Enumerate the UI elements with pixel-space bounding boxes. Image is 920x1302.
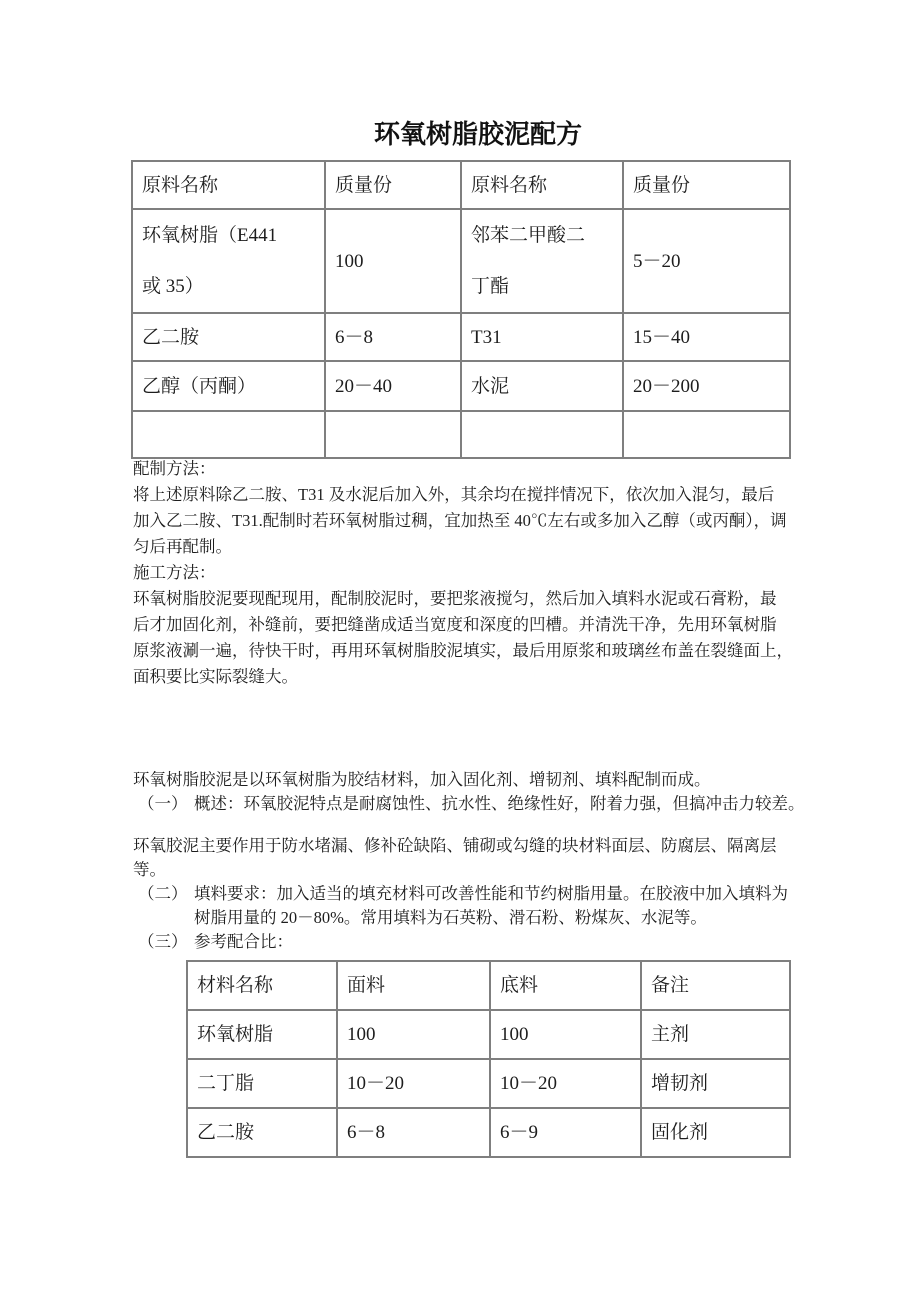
table-cell: 水泥 bbox=[461, 361, 623, 411]
table-cell bbox=[132, 411, 325, 458]
table-row: 二丁脂 10－20 10－20 增韧剂 bbox=[187, 1059, 790, 1108]
page-title: 环氧树脂胶泥配方 bbox=[0, 114, 920, 151]
table-cell: 100 bbox=[337, 1010, 490, 1059]
table-cell: 邻苯二甲酸二 丁酯 bbox=[461, 209, 623, 313]
apply-method-text: 环氧树脂胶泥要现配现用，配制胶泥时，要把浆液搅匀，然后加入填料水泥或石膏粉，最 … bbox=[133, 586, 833, 690]
table-cell: 固化剂 bbox=[641, 1108, 790, 1157]
prep-method-text: 将上述原料除乙二胺、T31 及水泥后加入外，其余均在搅拌情况下，依次加入混匀，最… bbox=[133, 482, 833, 560]
header-cell: 材料名称 bbox=[187, 961, 337, 1010]
header-cell: 面料 bbox=[337, 961, 490, 1010]
table-cell: 20－200 bbox=[623, 361, 790, 411]
table-cell: 6－8 bbox=[337, 1108, 490, 1157]
table-cell: 6－8 bbox=[325, 313, 461, 361]
table-cell: 乙二胺 bbox=[132, 313, 325, 361]
header-cell: 备注 bbox=[641, 961, 790, 1010]
table-cell: 6－9 bbox=[490, 1108, 641, 1157]
table-cell: 二丁脂 bbox=[187, 1059, 337, 1108]
header-cell: 原料名称 bbox=[132, 161, 325, 209]
mix-ratio-table: 材料名称 面料 底料 备注 环氧树脂 100 100 主剂 二丁脂 10－20 … bbox=[186, 960, 791, 1158]
table-cell: T31 bbox=[461, 313, 623, 361]
list-item-number: （三） bbox=[138, 930, 194, 954]
list-item-2: （二） 填料要求：加入适当的填充材料可改善性能和节约树脂用量。在胶液中加入填料为… bbox=[138, 882, 833, 930]
table-cell bbox=[461, 411, 623, 458]
table-cell bbox=[325, 411, 461, 458]
blank-line bbox=[133, 816, 833, 834]
table-row: 环氧树脂 100 100 主剂 bbox=[187, 1010, 790, 1059]
table-cell bbox=[623, 411, 790, 458]
table-cell: 主剂 bbox=[641, 1010, 790, 1059]
table-row: 乙二胺 6－8 6－9 固化剂 bbox=[187, 1108, 790, 1157]
document-page: 环氧树脂胶泥配方 原料名称 质量份 原料名称 质量份 环氧树脂（E441 或 3… bbox=[0, 0, 920, 1302]
list-item-3: （三） 参考配合比： bbox=[138, 930, 833, 954]
table-cell: 增韧剂 bbox=[641, 1059, 790, 1108]
intro-text: 环氧树脂胶泥是以环氧树脂为胶结材料，加入固化剂、增韧剂、填料配制而成。 bbox=[133, 768, 833, 792]
header-cell: 质量份 bbox=[325, 161, 461, 209]
methods-section: 配制方法： 将上述原料除乙二胺、T31 及水泥后加入外，其余均在搅拌情况下，依次… bbox=[133, 456, 833, 690]
header-cell: 质量份 bbox=[623, 161, 790, 209]
table-cell: 乙醇（丙酮） bbox=[132, 361, 325, 411]
header-cell: 底料 bbox=[490, 961, 641, 1010]
header-cell: 原料名称 bbox=[461, 161, 623, 209]
formula-table: 原料名称 质量份 原料名称 质量份 环氧树脂（E441 或 35） 100 邻苯… bbox=[131, 160, 791, 459]
table-cell: 5－20 bbox=[623, 209, 790, 313]
table-cell: 20－40 bbox=[325, 361, 461, 411]
list-item-text: 参考配合比： bbox=[194, 930, 833, 954]
table-cell: 10－20 bbox=[337, 1059, 490, 1108]
table-cell: 100 bbox=[490, 1010, 641, 1059]
table-cell: 15－40 bbox=[623, 313, 790, 361]
table-row: 乙二胺 6－8 T31 15－40 bbox=[132, 313, 790, 361]
list-item-1: （一） 概述：环氧胶泥特点是耐腐蚀性、抗水性、绝缘性好，附着力强，但搞冲击力较差… bbox=[138, 792, 833, 816]
table-cell: 环氧树脂（E441 或 35） bbox=[132, 209, 325, 313]
list-item-text: 填料要求：加入适当的填充材料可改善性能和节约树脂用量。在胶液中加入填料为 树脂用… bbox=[194, 882, 833, 930]
table-row: 乙醇（丙酮） 20－40 水泥 20－200 bbox=[132, 361, 790, 411]
usage-text: 环氧胶泥主要作用于防水堵漏、修补砼缺陷、铺砌或勾缝的块材料面层、防腐层、隔离层 … bbox=[133, 834, 833, 882]
prep-method-label: 配制方法： bbox=[133, 456, 833, 482]
table-header-row: 原料名称 质量份 原料名称 质量份 bbox=[132, 161, 790, 209]
table-cell: 10－20 bbox=[490, 1059, 641, 1108]
list-item-number: （二） bbox=[138, 882, 194, 930]
list-item-number: （一） bbox=[138, 792, 194, 816]
apply-method-label: 施工方法： bbox=[133, 560, 833, 586]
table-cell: 100 bbox=[325, 209, 461, 313]
table-row: 环氧树脂（E441 或 35） 100 邻苯二甲酸二 丁酯 5－20 bbox=[132, 209, 790, 313]
table-header-row: 材料名称 面料 底料 备注 bbox=[187, 961, 790, 1010]
table-cell: 乙二胺 bbox=[187, 1108, 337, 1157]
overview-section: 环氧树脂胶泥是以环氧树脂为胶结材料，加入固化剂、增韧剂、填料配制而成。 （一） … bbox=[133, 768, 833, 954]
table-row bbox=[132, 411, 790, 458]
table-cell: 环氧树脂 bbox=[187, 1010, 337, 1059]
list-item-text: 概述：环氧胶泥特点是耐腐蚀性、抗水性、绝缘性好，附着力强，但搞冲击力较差。 bbox=[194, 792, 833, 816]
